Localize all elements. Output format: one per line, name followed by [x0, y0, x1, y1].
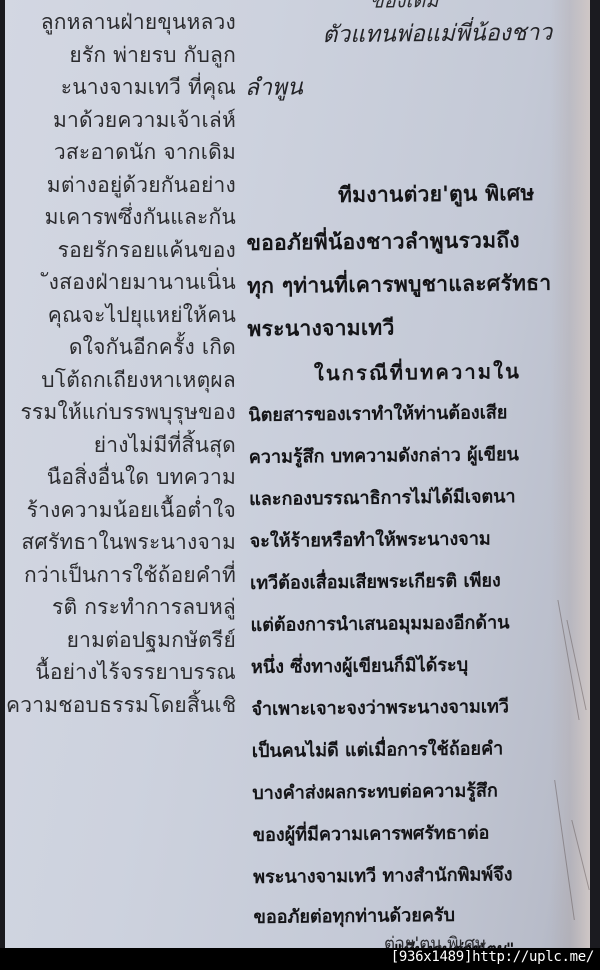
curl-line	[557, 600, 579, 720]
left-column-line: คุณจะไปยุแหย่ให้คน	[6, 299, 236, 332]
left-column-line: ังสองฝ่ายมานานเนิ่น	[6, 266, 236, 299]
paragraph-line: ความรู้สึก บทความดังกล่าว ผู้เขียน	[249, 439, 519, 471]
left-column-line: วสะอาดนัก จากเดิม	[6, 136, 236, 169]
paragraph-line: เทวีต้องเสื่อมเสียพระเกียรติ เพียง	[250, 565, 501, 597]
left-column-line: รอยรักรอยแค้นของ	[6, 234, 236, 267]
curl-line	[554, 780, 575, 920]
left-column-line: นือสิ่งอื่นใด บทความ	[6, 461, 236, 494]
paragraph-line: จำเพาะเจาะจงว่าพระนางจามเทวี	[251, 691, 509, 723]
watermark-text: [936x1489]http://uplc.me/	[391, 949, 594, 965]
paragraph-line: พระนางจามเทวี ทางสำนักพิมพ์จึง	[253, 859, 513, 891]
left-column-line: กว่าเป็นการใช้ถ้อยคำที่	[6, 559, 236, 592]
photo-right-border	[590, 0, 600, 948]
left-column-line: รรมให้แก่บรรพบุรุษของ	[6, 396, 236, 429]
apology-line: ทุก ๆท่านที่เคารพบูชาและศรัทธา	[247, 267, 552, 303]
left-column-line: มต่างอยู่ด้วยกันอย่าง	[6, 169, 236, 202]
paragraph-line: ของผู้ที่มีความเคารพศรัทธาต่อ	[253, 817, 490, 848]
left-column-line: บโต้ถกเถียงหาเหตุผล	[6, 364, 236, 397]
notice-heading: ทีมงานต่วย'ตูน พิเศษ	[338, 177, 535, 212]
paragraph-line: ในกรณีที่บทความใน	[314, 355, 521, 389]
paragraph-line: หนึ่ง ซึ่งทางผู้เขียนก็มิได้ระบุ	[251, 650, 468, 681]
left-column-line: ย่างไม่มีที่สิ้นสุด	[6, 429, 236, 462]
paragraph-line: ขออภัยต่อทุกท่านด้วยครับ	[253, 900, 455, 931]
left-column-line: ดใจกันอีกครั้ง เกิด	[6, 331, 236, 364]
paragraph-line: จะให้ร้ายหรือทำให้พระนางจาม	[250, 523, 491, 555]
cut-off-top-text: ของเดิม	[370, 0, 439, 17]
left-column-line: รติ กระทำการลบหลู่	[6, 591, 236, 624]
signature-line: ลำพูน	[245, 69, 303, 106]
paragraph-line: บางคำส่งผลกระทบต่อความรู้สึก	[252, 775, 498, 807]
left-column-line: มาด้วยความเจ้าเล่ห์	[6, 104, 236, 137]
left-column-line: ความชอบธรรมโดยสิ้นเชิง	[6, 689, 236, 722]
left-column-line: นื้อย่างไร้จรรยาบรรณ	[6, 656, 236, 689]
paragraph-line: เป็นคนไม่ดี แต่เมื่อการใช้ถ้อยคำ	[252, 733, 504, 765]
magazine-page-photo: ลูกหลานฝ่ายขุนหลวง ยรัก พ่ายรบ กับลูก ะน…	[0, 0, 600, 948]
curl-line	[571, 820, 589, 890]
left-column-line: มเคารพซึ่งกันและกัน	[6, 201, 236, 234]
watermark-bar: [936x1489]http://uplc.me/	[0, 948, 600, 970]
left-column-line: ยรัก พ่ายรบ กับลูก	[6, 39, 236, 72]
signature-line: ตัวแทนพ่อแม่พี่น้องชาว	[322, 15, 552, 53]
paragraph-line: นิตยสารของเราทำให้ท่านต้องเสีย	[248, 397, 507, 429]
apology-line: ขออภัยพี่น้องชาวลำพูนรวมถึง	[246, 224, 520, 260]
left-text-column: ลูกหลานฝ่ายขุนหลวง ยรัก พ่ายรบ กับลูก ะน…	[6, 6, 236, 721]
left-column-line: ลูกหลานฝ่ายขุนหลวง	[6, 6, 236, 39]
left-column-line: สศรัทธาในพระนางจาม	[6, 526, 236, 559]
apology-line: พระนางจามเทวี	[247, 311, 394, 346]
left-column-line: ร้างความน้อยเนื้อต่ำใจ	[6, 494, 236, 527]
left-column-line: ยามต่อปฐมกษัตรีย์	[6, 624, 236, 657]
left-column-line: ะนางจามเทวี ที่คุณ	[6, 71, 236, 104]
paragraph-line: แต่ต้องการนำเสนอมุมมองอีกด้าน	[250, 607, 509, 639]
paragraph-line: และกองบรรณาธิการไม่ได้มีเจตนา	[249, 481, 516, 513]
photo-left-border	[0, 0, 5, 948]
cut-off-footer-text: ต่วย'ตูน พิเศษ	[384, 930, 486, 948]
